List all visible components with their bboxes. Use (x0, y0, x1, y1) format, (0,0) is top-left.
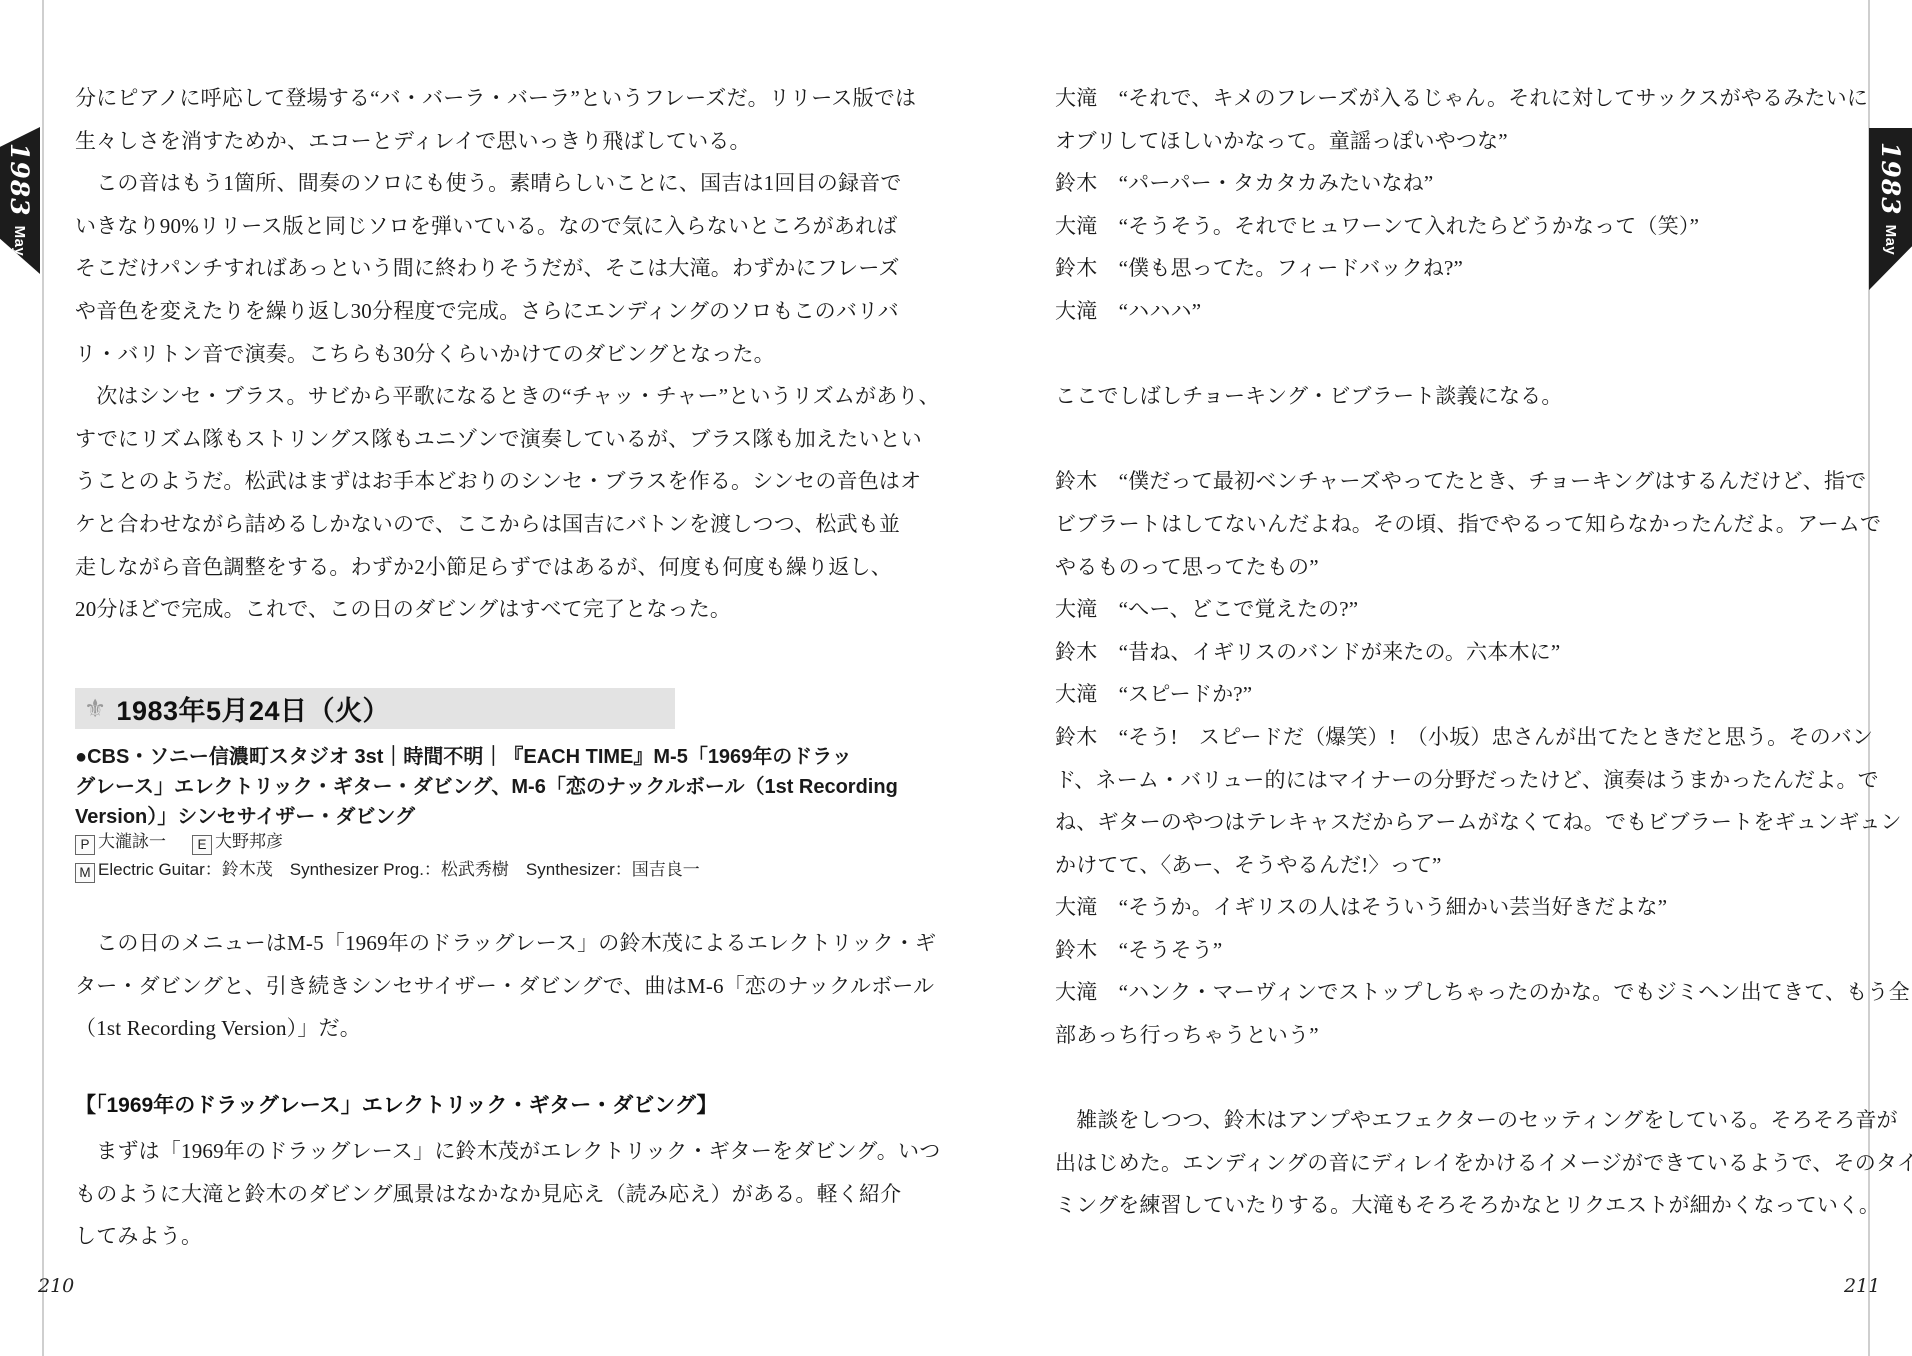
text-line: 大滝 “ハンク・マーヴィンでストップしちゃったのかな。でもジミヘン出てきて、もう… (1055, 971, 1825, 1014)
book-spread: { "tabs": { "left": { "year": "1983", "m… (0, 0, 1912, 1356)
text-line: や音色を変えたりを繰り返し30分程度で完成。さらにエンディングのソロもこのバリバ (75, 290, 681, 333)
credit-text: Electric Guitar：鈴木茂 Synthesizer Prog.：松武… (98, 860, 700, 879)
credits-line: MElectric Guitar：鈴木茂 Synthesizer Prog.：松… (75, 856, 675, 884)
body-paragraph: まずは「1969年のドラッグレース」に鈴木茂がエレクトリック・ギターをダビング。… (75, 1130, 681, 1258)
text-line: ミングを練習していたりする。大滝もそろそろかなとリクエストが細かくなっていく。 (1055, 1184, 1825, 1227)
fleur-de-lis-icon: ⚜ (84, 688, 106, 729)
text-line: 次はシンセ・ブラス。サビから平歌になるときの“チャッ・チャー”というリズムがあり… (75, 375, 681, 418)
text-line: グレース」エレクトリック・ギター・ダビング、M-6「恋のナックルボール（1st … (75, 772, 681, 802)
text-line: 鈴木 “パーパー・タカタカみたいなね” (1055, 162, 1825, 205)
text-line: 出はじめた。エンディングの音にディレイをかけるイメージができているようで、そのタ… (1055, 1142, 1825, 1185)
text-line: 大滝 “そうそう。それでヒュワーンて入れたらどうかなって（笑）” (1055, 205, 1825, 248)
text-line: 雑談をしつつ、鈴木はアンプやエフェクターのセッティングをしている。そろそろ音が (1055, 1099, 1825, 1142)
text-line: 大滝 “ハハハ” (1055, 290, 1825, 333)
blank-line (1055, 1057, 1825, 1100)
text-line: ね、ギターのやつはテレキャスだからアームがなくてね。でもビブラートをギュンギュン (1055, 801, 1825, 844)
text-line: いきなり90%リリース版と同じソロを弾いている。なので気に入らないところがあれば (75, 205, 681, 248)
credit-entry: MElectric Guitar：鈴木茂 Synthesizer Prog.：松… (75, 860, 700, 879)
chapter-tab-left: 1983 May (0, 127, 40, 274)
text-line: ものように大滝と鈴木のダビング風景はなかなか見応え（読み応え）がある。軽く紹介 (75, 1173, 681, 1216)
blank-line (1055, 333, 1825, 376)
role-badge: P (75, 835, 95, 855)
role-badge: M (75, 863, 95, 883)
text-line: すでにリズム隊もストリングス隊もユニゾンで演奏しているが、ブラス隊も加えたいとい (75, 418, 681, 461)
text-line: 生々しさを消すためか、エコーとディレイで思いっきり飛ばしている。 (75, 120, 681, 163)
credit-entry: E大野邦彦 (192, 832, 283, 851)
text-line: 鈴木 “そう! スピードだ（爆笑）! （小坂）忠さんが出てたときだと思う。そのバ… (1055, 716, 1825, 759)
text-line: かけてて、〈あー、そうやるんだ!〉って” (1055, 844, 1825, 887)
credits-line: P大瀧詠一E大野邦彦 (75, 828, 675, 856)
page-number-right: 211 (1844, 1275, 1880, 1297)
text-line: 分にピアノに呼応して登場する“バ・バーラ・バーラ”というフレーズだ。リリース版で… (75, 77, 681, 120)
text-line: 20分ほどで完成。これで、この日のダビングはすべて完了となった。 (75, 588, 681, 631)
text-line: してみよう。 (75, 1215, 681, 1258)
tab-year-label: 1983 (6, 143, 35, 217)
credit-text: 大野邦彦 (215, 832, 283, 851)
text-line: 走しながら音色調整をする。わずか2小節足らずではあるが、何度も何度も繰り返し、 (75, 546, 681, 589)
text-line: （1st Recording Version）」だ。 (75, 1007, 681, 1050)
page-edge-line-left (42, 0, 44, 1356)
text-line: ビブラートはしてないんだよね。その頃、指でやるって知らなかったんだよ。アームで (1055, 503, 1825, 546)
chapter-tab-right: 1983 May (1869, 128, 1912, 290)
text-line: ド、ネーム・バリュー的にはマイナーの分野だったけど、演奏はうまかったんだよ。で (1055, 759, 1825, 802)
text-line: ケと合わせながら詰めるしかないので、ここからは国吉にバトンを渡しつつ、松武も並 (75, 503, 681, 546)
date-heading: ⚜ 1983年5月24日（火） (75, 688, 675, 729)
body-paragraph: 分にピアノに呼応して登場する“バ・バーラ・バーラ”というフレーズだ。リリース版で… (75, 77, 681, 631)
text-line: 鈴木 “昔ね、イギリスのバンドが来たの。六本木に” (1055, 631, 1825, 674)
text-line: うことのようだ。松武はまずはお手本どおりのシンセ・ブラスを作る。シンセの音色はオ (75, 460, 681, 503)
text-line: やるものって思ってたもの” (1055, 546, 1825, 589)
blank-line (1055, 418, 1825, 461)
text-line: ●CBS・ソニー信濃町スタジオ 3st｜時間不明｜『EACH TIME』M-5「… (75, 742, 681, 772)
text-line: ここでしばしチョーキング・ビブラート談義になる。 (1055, 375, 1825, 418)
section-subheading: 【「1969年のドラッグレース」エレクトリック・ギター・ダビング】 (75, 1089, 675, 1119)
text-line: まずは「1969年のドラッグレース」に鈴木茂がエレクトリック・ギターをダビング。… (75, 1130, 681, 1173)
text-line: この音はもう1箇所、間奏のソロにも使う。素晴らしいことに、国吉は1回目の録音で (75, 162, 681, 205)
body-paragraph: この日のメニューはM-5「1969年のドラッグレース」の鈴木茂によるエレクトリッ… (75, 922, 681, 1050)
credits-block: P大瀧詠一E大野邦彦 MElectric Guitar：鈴木茂 Synthesi… (75, 828, 675, 884)
text-line: 大滝 “そうか。イギリスの人はそういう細かい芸当好きだよな” (1055, 886, 1825, 929)
text-line: 鈴木 “僕も思ってた。フィードバックね?” (1055, 247, 1825, 290)
text-line: 大滝 “スピードか?” (1055, 673, 1825, 716)
text-line: ター・ダビングと、引き続きシンセサイザー・ダビングで、曲はM-6「恋のナックルボ… (75, 965, 681, 1008)
tab-month-label: May (12, 226, 29, 257)
text-line: そこだけパンチすればあっという間に終わりそうだが、そこは大滝。わずかにフレーズ (75, 247, 681, 290)
text-line: リ・バリトン音で演奏。こちらも30分くらいかけてのダビングとなった。 (75, 333, 681, 376)
text-line: 大滝 “へー、どこで覚えたの?” (1055, 588, 1825, 631)
text-line: 鈴木 “そうそう” (1055, 929, 1825, 972)
text-line: 大滝 “それで、キメのフレーズが入るじゃん。それに対してサックスがやるみたいに (1055, 77, 1825, 120)
credit-entry: P大瀧詠一 (75, 832, 166, 851)
chapter-tab-label: 1983 May (0, 127, 40, 290)
text-line: 鈴木 “僕だって最初ベンチャーズやってたとき、チョーキングはするんだけど、指で (1055, 460, 1825, 503)
date-heading-text: 1983年5月24日（火） (116, 689, 390, 728)
text-line: 部あっち行っちゃうという” (1055, 1014, 1825, 1057)
body-paragraph: 大滝 “それで、キメのフレーズが入るじゃん。それに対してサックスがやるみたいにオ… (1055, 77, 1825, 1227)
tab-year-label: 1983 (1876, 142, 1905, 216)
page-number-left: 210 (38, 1275, 74, 1297)
text-line: オブリしてほしいかなって。童謡っぽいやつな” (1055, 120, 1825, 163)
chapter-tab-label: 1983 May (1869, 128, 1912, 304)
role-badge: E (192, 835, 212, 855)
session-info: ●CBS・ソニー信濃町スタジオ 3st｜時間不明｜『EACH TIME』M-5「… (75, 742, 681, 832)
tab-month-label: May (1882, 225, 1899, 256)
text-line: この日のメニューはM-5「1969年のドラッグレース」の鈴木茂によるエレクトリッ… (75, 922, 681, 965)
credit-text: 大瀧詠一 (98, 832, 166, 851)
